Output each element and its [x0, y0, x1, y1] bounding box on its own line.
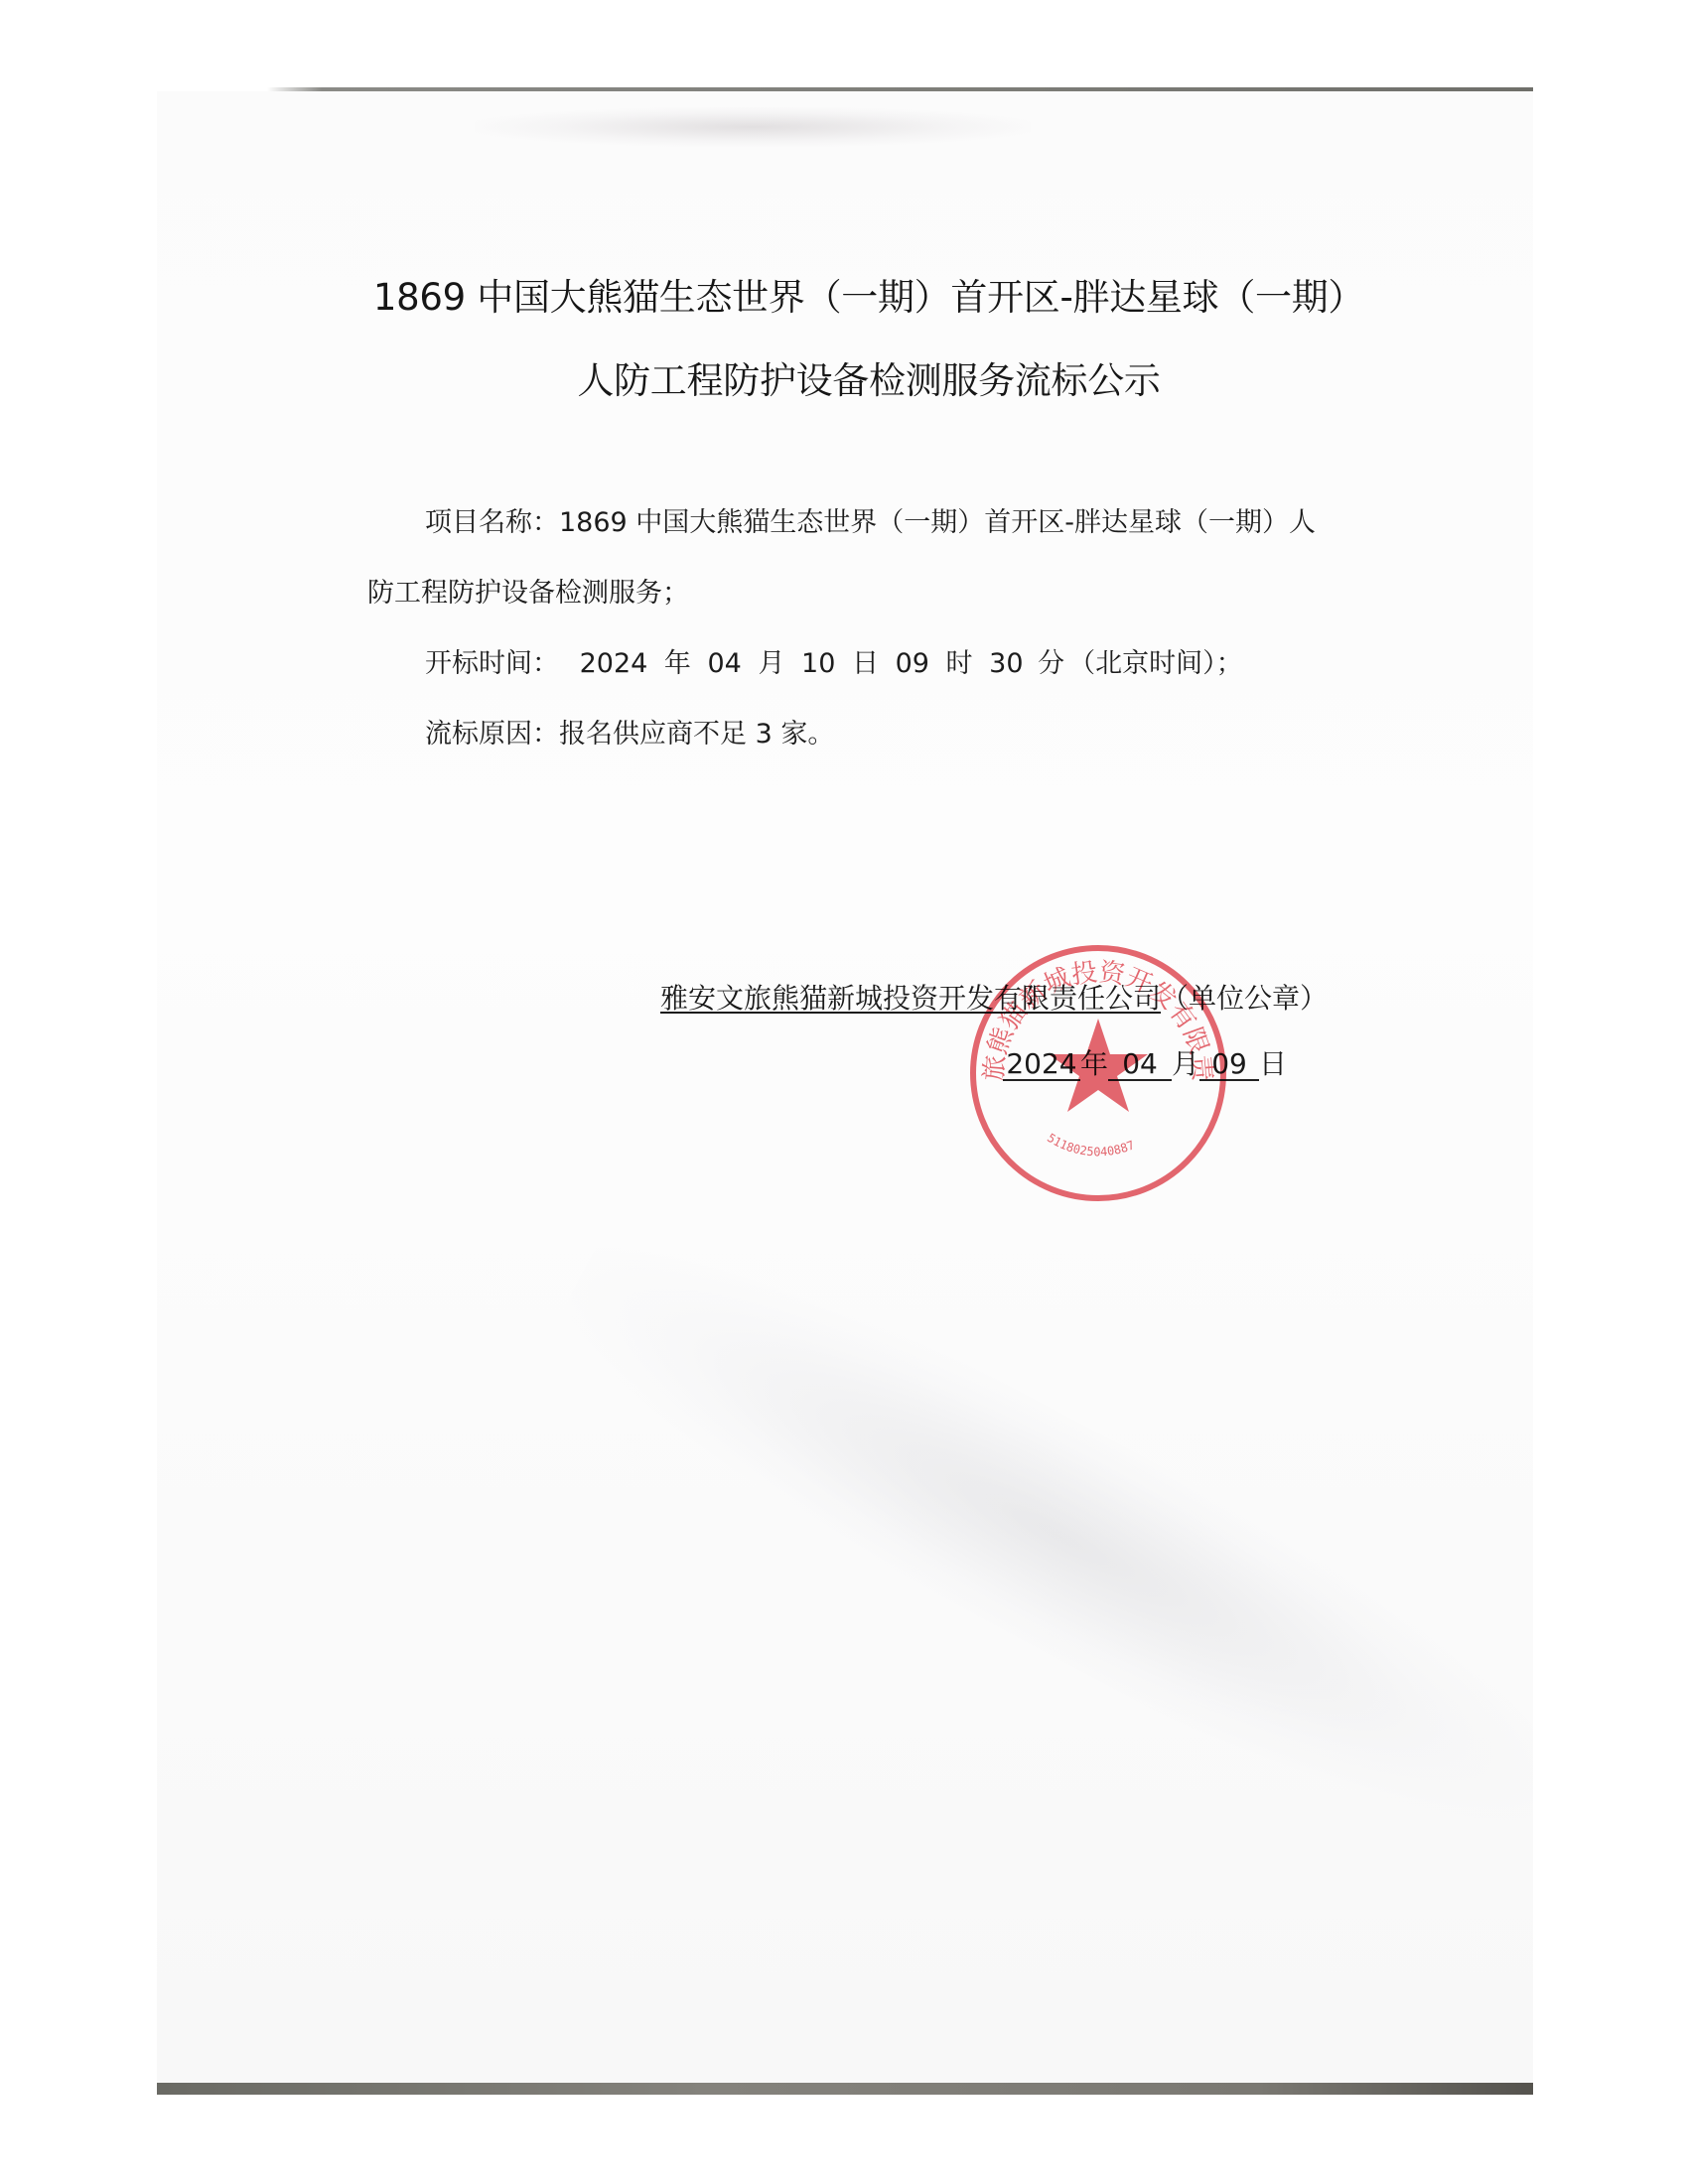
opening-hour: 09 [896, 648, 929, 679]
opening-month-unit: 月 [758, 648, 784, 679]
opening-day-unit: 日 [852, 648, 879, 679]
failure-reason-row: 流标原因：报名供应商不足 3 家。 [425, 718, 834, 751]
opening-year: 2024 [580, 648, 648, 679]
project-name-continuation: 防工程防护设备检测服务； [367, 577, 689, 611]
paper-top-edge [157, 87, 1533, 91]
paper-bottom-edge [157, 2083, 1533, 2095]
project-name-value-line-1: 1869 中国大熊猫生态世界（一期）首开区-胖达星球（一期）人 [559, 507, 1316, 538]
document-title-line-2: 人防工程防护设备检测服务流标公示 [181, 359, 1533, 403]
opening-month: 04 [708, 648, 742, 679]
project-name-label: 项目名称： [425, 507, 559, 538]
seal-code-text: 5118025040887 [1045, 1131, 1136, 1160]
failure-reason-label: 流标原因： [425, 719, 559, 750]
project-name-row: 项目名称：1869 中国大熊猫生态世界（一期）首开区-胖达星球（一期）人 [425, 506, 1316, 540]
opening-time-suffix: （北京时间）； [1068, 648, 1243, 679]
opening-hour-unit: 时 [946, 648, 973, 679]
paper-shadow [527, 1184, 1533, 1890]
opening-year-unit: 年 [664, 648, 691, 679]
opening-time-row: 开标时间： 2024 年 04 月 10 日 09 时 30 分（北京时间）； [425, 647, 1243, 681]
seal-star-icon [1049, 1019, 1148, 1112]
official-seal-stamp: 雅安文旅熊猫新城投资开发有限责任公司 5118025040887 [966, 941, 1230, 1205]
document-page: 1869 中国大熊猫生态世界（一期）首开区-胖达星球（一期） 人防工程防护设备检… [157, 87, 1533, 2095]
scan-smudge [475, 107, 1031, 147]
opening-day: 10 [801, 648, 835, 679]
opening-time-label: 开标时间： [425, 648, 559, 679]
opening-minute-unit: 分 [1038, 648, 1064, 679]
opening-minute: 30 [989, 648, 1023, 679]
signature-date-day-unit: 日 [1259, 1047, 1287, 1080]
failure-reason-value: 报名供应商不足 3 家。 [559, 719, 834, 750]
document-title-line-1: 1869 中国大熊猫生态世界（一期）首开区-胖达星球（一期） [181, 276, 1533, 320]
